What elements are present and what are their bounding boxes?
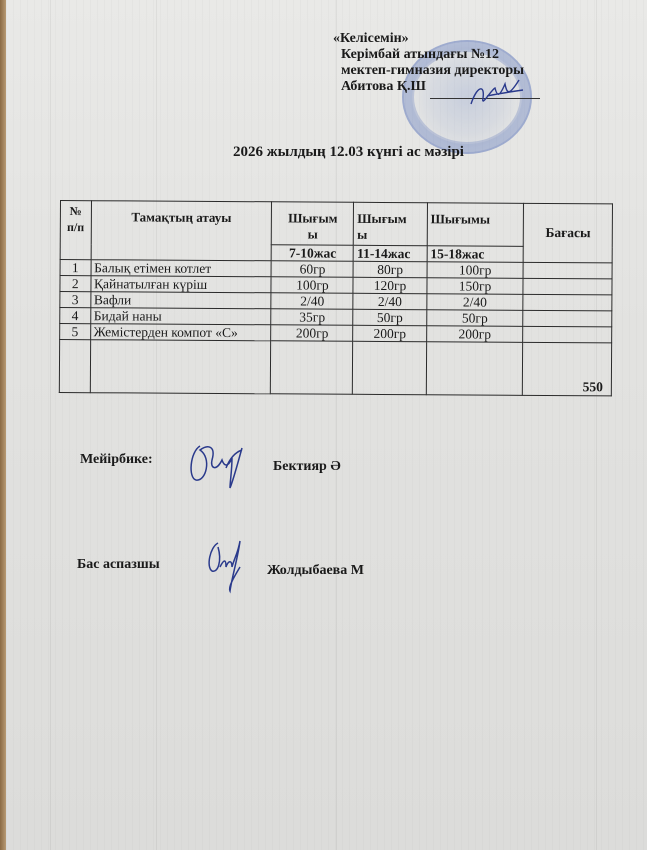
row-num: 2 bbox=[60, 276, 91, 292]
table-header-row: №п/п Тамақтың атауы Шығымы Шығымы Шығымы… bbox=[60, 201, 612, 247]
total-price: 550 bbox=[523, 342, 612, 396]
dish-name: Бидай наны bbox=[90, 308, 271, 325]
menu-table: №п/п Тамақтың атауы Шығымы Шығымы Шығымы… bbox=[59, 200, 613, 396]
approval-heading: «Келісемін» bbox=[333, 31, 524, 47]
yield-15-18: 2/40 bbox=[427, 294, 524, 311]
row-num: 5 bbox=[60, 324, 91, 340]
header-age-b: 11-14жас bbox=[354, 245, 427, 261]
yield-11-14: 200гр bbox=[353, 325, 426, 341]
header-yield-b: Шығымы bbox=[354, 202, 428, 245]
nurse-label: Мейірбике: bbox=[80, 452, 153, 468]
page-title: 2026 жылдың 12.03 күнгі ас мәзірі bbox=[233, 144, 464, 161]
yield-7-10: 35гр bbox=[271, 309, 353, 326]
yield-11-14: 80гр bbox=[353, 261, 426, 277]
dish-price bbox=[523, 278, 612, 295]
row-num: 4 bbox=[60, 308, 91, 324]
dish-price bbox=[523, 310, 612, 327]
yield-7-10: 2/40 bbox=[271, 293, 353, 310]
chef-name: Жолдыбаева М bbox=[267, 563, 364, 579]
header-age-a: 7-10жас bbox=[272, 245, 354, 262]
yield-7-10: 200гр bbox=[271, 325, 353, 342]
row-num: 3 bbox=[60, 292, 91, 308]
dish-price bbox=[523, 294, 612, 311]
chef-signature-icon bbox=[200, 537, 260, 595]
dish-name: Қайнатылған күріш bbox=[90, 276, 271, 293]
dish-name: Вафли bbox=[90, 292, 271, 309]
dish-name: Балық етімен котлет bbox=[91, 260, 272, 277]
yield-7-10: 100гр bbox=[271, 277, 353, 294]
table-total-row: 550 bbox=[59, 340, 611, 396]
dish-price bbox=[523, 262, 612, 279]
chef-label: Бас аспазшы bbox=[77, 557, 160, 573]
yield-11-14: 50гр bbox=[353, 309, 426, 325]
header-num: №п/п bbox=[60, 201, 91, 260]
header-price: Бағасы bbox=[524, 203, 613, 263]
nurse-signature-icon bbox=[186, 438, 266, 490]
dish-price bbox=[523, 326, 612, 343]
yield-15-18: 200гр bbox=[426, 326, 523, 343]
header-name: Тамақтың атауы bbox=[91, 201, 272, 261]
approval-school: Керімбай атындағы №12 bbox=[341, 47, 524, 63]
yield-11-14: 2/40 bbox=[353, 293, 426, 309]
row-num: 1 bbox=[60, 260, 91, 276]
header-yield-a: Шығымы bbox=[272, 202, 354, 245]
yield-15-18: 150гр bbox=[427, 278, 524, 295]
yield-7-10: 60гр bbox=[272, 261, 354, 278]
dish-name: Жемістерден компот «С» bbox=[90, 324, 271, 341]
director-signature-icon bbox=[463, 76, 533, 112]
yield-11-14: 120гр bbox=[353, 277, 426, 293]
nurse-name: Бектияр Ә bbox=[273, 459, 341, 475]
header-age-c: 15-18жас bbox=[427, 246, 524, 263]
yield-15-18: 50гр bbox=[426, 310, 523, 327]
yield-15-18: 100гр bbox=[427, 262, 524, 279]
header-yield-c: Шығымы bbox=[427, 203, 524, 247]
document-page bbox=[6, 0, 647, 850]
